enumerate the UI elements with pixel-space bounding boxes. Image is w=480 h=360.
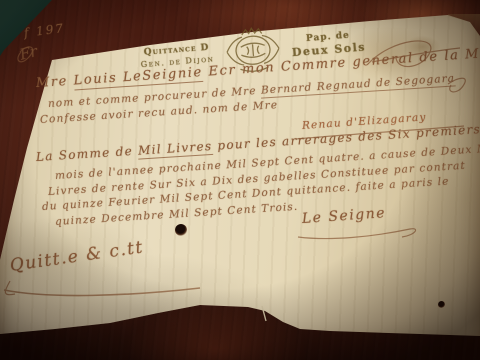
parchment-small-spot bbox=[438, 301, 445, 308]
line-1-pre: Mre bbox=[36, 74, 75, 91]
parchment-hole bbox=[175, 224, 187, 236]
photo-of-document: f 197 Fr Quittance D Gen. de Dijon Pap. … bbox=[0, 0, 480, 360]
